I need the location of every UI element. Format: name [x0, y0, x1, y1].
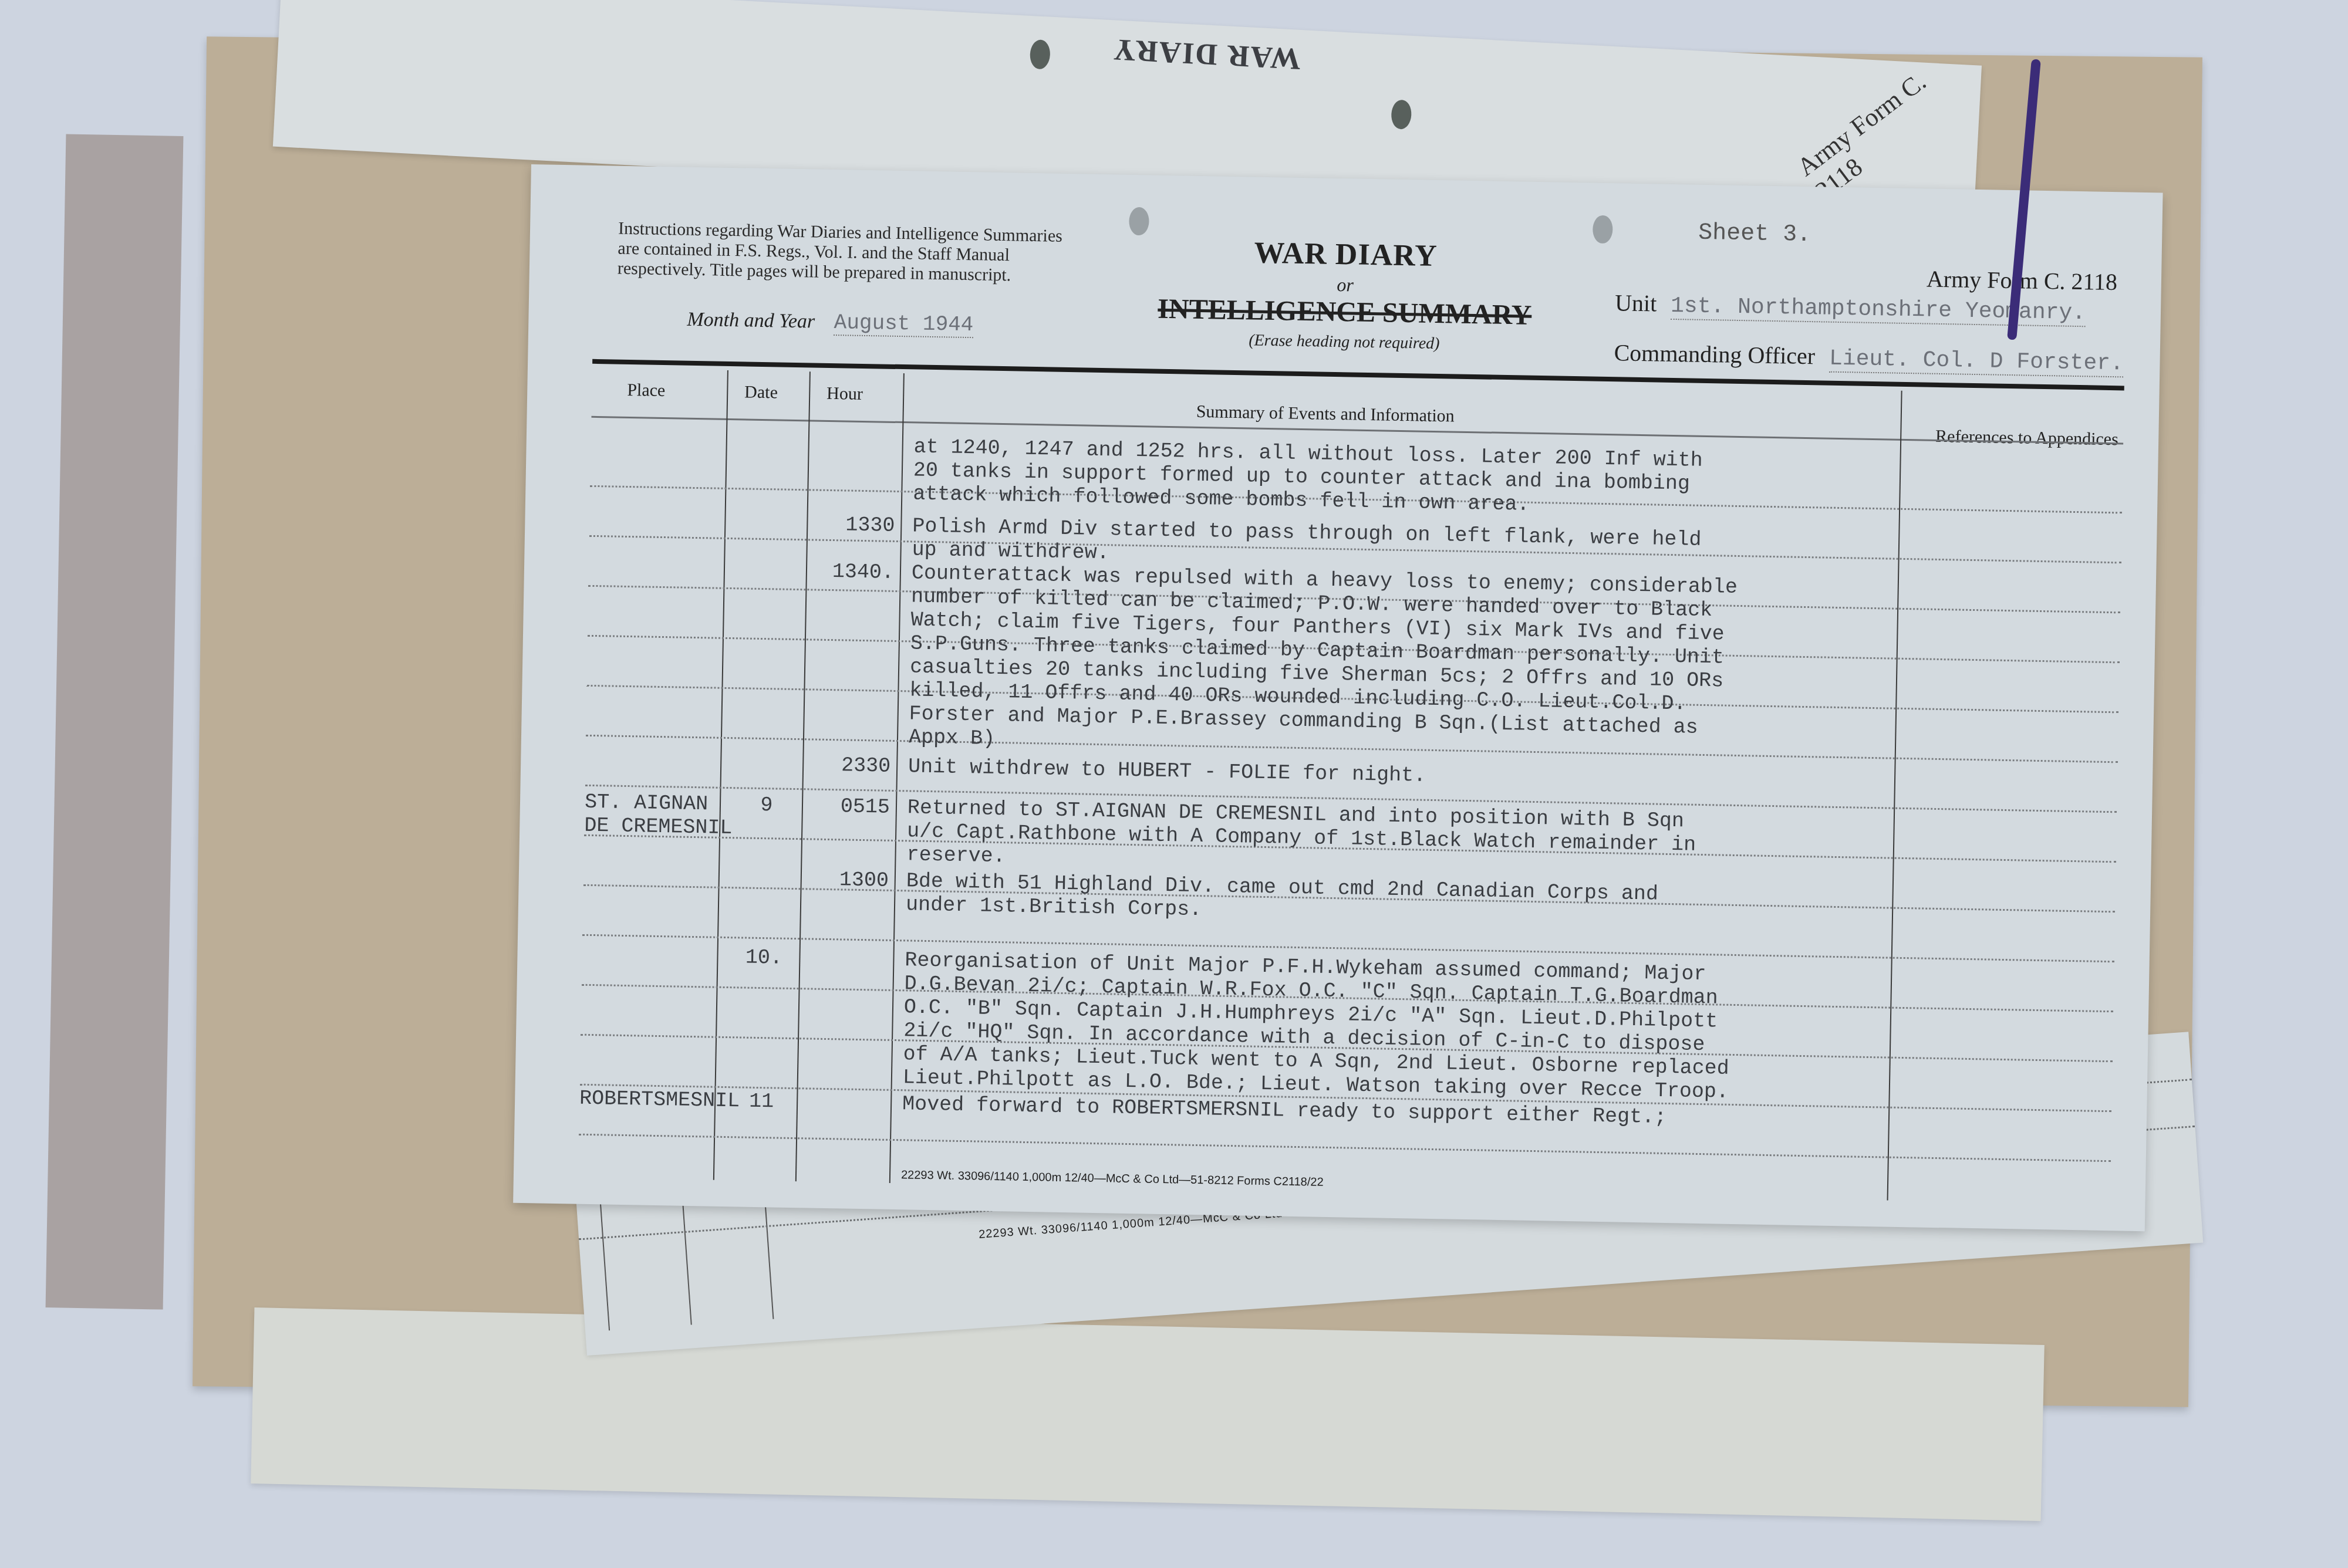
form-instructions: Instructions regarding War Diaries and I…	[618, 219, 1071, 286]
entry-date: 10.	[723, 945, 805, 970]
form-title: WAR DIARY or INTELLIGENCE SUMMARY (Erase…	[1115, 233, 1575, 356]
entry-place: ST. AIGNAN DE CREMESNIL	[584, 790, 749, 840]
title-note: (Erase heading not required)	[1115, 329, 1573, 356]
punch-hole	[1391, 99, 1412, 130]
punch-hole	[1593, 215, 1613, 244]
column-divider	[889, 373, 905, 1183]
co-label: Commanding Officer	[1614, 339, 1815, 369]
column-header-date: Date	[744, 382, 778, 403]
punch-hole	[1030, 39, 1051, 70]
entry-hour: 1300	[806, 867, 889, 892]
co-value: Lieut. Col. D Forster.	[1829, 346, 2124, 378]
unit-value: 1st. Northamptonshire Yeomanry.	[1671, 293, 2086, 327]
month-year-label: Month and Year	[687, 309, 815, 333]
entry-hour: 1340.	[812, 559, 895, 584]
diary-table: Place Date Hour Summary of Events and In…	[578, 368, 2124, 1204]
entry-date: 11	[720, 1089, 803, 1114]
entry-text: Counterattack was repulsed with a heavy …	[909, 561, 1910, 766]
entry-hour: 2330	[808, 753, 891, 778]
background-folder-flap	[46, 134, 184, 1309]
month-year-field: Month and Year August 1944	[687, 308, 974, 337]
column-header-summary: Summary of Events and Information	[1196, 402, 1455, 427]
column-header-references: References to Appendices	[1935, 427, 2118, 450]
ruled-line	[579, 1134, 2111, 1163]
entry-date: 9	[726, 793, 808, 817]
column-header-hour: Hour	[826, 384, 863, 404]
entry-text: at 1240, 1247 and 1252 hrs. all without …	[913, 435, 1912, 523]
entry-text: Reorganisation of Unit Major P.F.H.Wykeh…	[903, 948, 1903, 1107]
column-header-place: Place	[627, 380, 666, 401]
punch-hole	[1129, 207, 1149, 236]
entry-text: Returned to ST.AIGNAN DE CREMESNIL and i…	[906, 796, 1905, 884]
title-war-diary: WAR DIARY	[1116, 233, 1575, 276]
unit-label: Unit	[1615, 289, 1657, 316]
lower-stacked-paper	[251, 1307, 2045, 1521]
war-diary-form: Instructions regarding War Diaries and I…	[513, 164, 2163, 1231]
mirrored-title: WAR DIARY	[1112, 32, 1302, 76]
entry-hour: 0515	[808, 794, 890, 819]
entry-place: ROBERTSMESNIL	[579, 1087, 744, 1113]
commanding-officer-field: Commanding Officer Lieut. Col. D Forster…	[1614, 339, 2124, 376]
month-year-value: August 1944	[834, 310, 973, 338]
form-tab-label: Army Form C. 2118	[1792, 45, 1978, 206]
entry-hour: 1330	[812, 512, 895, 537]
column-divider	[713, 370, 728, 1180]
sheet-number: Sheet 3.	[1698, 220, 1811, 248]
